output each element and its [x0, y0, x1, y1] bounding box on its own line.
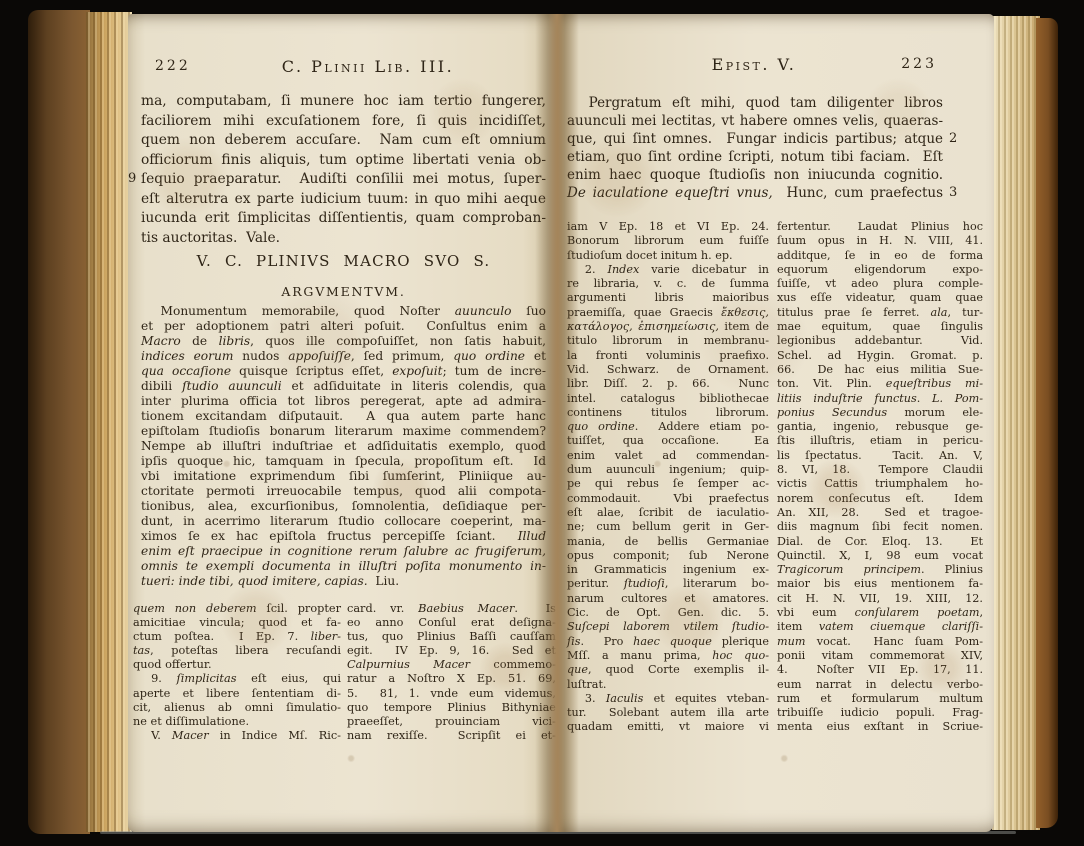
text-line: indices eorum nudos appoſuiſſe, ſed prim… [141, 349, 546, 364]
text-line: Quinctil. X, I, 98 eum vocat [777, 549, 983, 563]
text-line: 2. Index varie dicebatur in [567, 263, 769, 277]
text-line: nam rexiſſe. Scripſit ei et- [347, 729, 556, 743]
right-page: Epist. V. 223 2 3 Pergratum eſt mihi, qu… [557, 14, 994, 832]
text-line: card. vr. Baebius Macer. Is [347, 602, 556, 616]
text-line: tus, quo Plinius Baſſi cauſſam [347, 630, 556, 644]
text-line: mania, de bellis Germaniae [567, 535, 769, 549]
text-line: ratur a Noſtro X Ep. 51. 69, [347, 672, 556, 686]
text-line: Cic. de Opt. Gen. dic. 5. [567, 606, 769, 620]
text-line: cit, alienus ab omni ſimulatio- [133, 701, 341, 715]
text-line: peritur. ſtudioſi, literarum bo- [567, 577, 769, 591]
text-line: tis auctoritas. Vale. [141, 229, 546, 249]
text-line: 8. VI, 18. Tempore Claudii [777, 463, 983, 477]
text-line: egit. IV Ep. 9, 16. Sed et [347, 644, 556, 658]
text-line: lis ſpectatus. Tacit. An. V, [777, 449, 983, 463]
text-line: narum cultores et amatores. [567, 592, 769, 606]
text-line: epiſtolam ſtudioſis bonarum literarum ma… [141, 424, 546, 439]
text-line: quadam emitti, vt maiore vi [567, 720, 769, 734]
text-line: fertentur. Laudat Plinius hoc [777, 220, 983, 234]
text-line: rum et formularum multum [777, 692, 983, 706]
text-line: Monumentum memorabile, quod Noſter auunc… [141, 304, 546, 319]
text-line: norem conſecutus eſt. Idem [777, 492, 983, 506]
text-line: xus eſſe videatur, quam quae [777, 291, 983, 305]
argument-heading: ARGVMENTVM. [141, 284, 546, 299]
text-line: Bonorum librorum eum fuiſſe [567, 234, 769, 248]
right-margin-section-number-2: 2 [949, 131, 957, 146]
text-line: ſequio praeparatur. Audiſti conſilii mei… [141, 170, 546, 190]
text-line: An. XII, 28. Sed et tragoe- [777, 506, 983, 520]
text-line: praeeſſet, prouinciam vici- [347, 715, 556, 729]
text-line: dum auunculi ingenium; quip- [567, 463, 769, 477]
book-cover-left [28, 10, 90, 834]
text-line: Vid. Schwarz. de Ornament. [567, 363, 769, 377]
text-line: victis Cattis triumphalem ho- [777, 477, 983, 491]
text-line: Mſſ. a manu prima, hoc quo- [567, 649, 769, 663]
text-line: 66. De hac eius militia Sue- [777, 363, 983, 377]
text-line: eſt alterutra ex parte iudicium tuum: in… [141, 190, 546, 210]
text-line: faciliorem mihi excuſationem fore, ſi qu… [141, 112, 546, 132]
text-line: ponius Secundus morum ele- [777, 406, 983, 420]
text-line: ximos ſe ex hac epiſtola fructus percepi… [141, 529, 546, 544]
left-body-paragraph: ma, computabam, ſi munere hoc iam tertio… [141, 92, 546, 248]
text-line: que, qui ſint omnes. Fungar indicis part… [567, 130, 943, 148]
text-line: Macro de libris, quos ille compoſuiſſet,… [141, 334, 546, 349]
text-line: 5. 81, 1. vnde eum videmus, [347, 687, 556, 701]
text-line: Pergratum eſt mihi, quod tam diligenter … [567, 94, 943, 112]
text-line: enim valet ad commendan- [567, 449, 769, 463]
text-line: ton. Vit. Plin. equeſtribus mi- [777, 377, 983, 391]
text-line: quo tempore Plinius Bithyniae [347, 701, 556, 715]
text-line: in Grammaticis ingenium ex- [567, 563, 769, 577]
text-line: eſt alae, ſcribit de iaculatio- [567, 506, 769, 520]
text-line: enim eſt praecipue in cognitione rerum ſ… [141, 544, 546, 559]
text-line: ſtudioſum docet initum h. ep. [567, 249, 769, 263]
text-line: eo anno Conſul erat deſigna- [347, 616, 556, 630]
text-line: quo ordine. Addere etiam po- [567, 420, 769, 434]
text-line: ſuiſſe, vt adeo plura comple- [777, 277, 983, 291]
text-line: 3. Iaculis et equites vteban- [567, 692, 769, 706]
left-page: 222 C. Plinii Lib. III. 9 ma, computabam… [128, 14, 557, 832]
text-line: etiam, quo ſint ordine ſcripti, notum ti… [567, 148, 943, 166]
page-edges-left [86, 12, 132, 832]
text-line: qua occaſione quisque ſcriptus eſſet, ex… [141, 364, 546, 379]
text-line: iucunda erit ſimplicitas diſſentientis, … [141, 209, 546, 229]
left-running-title: C. Plinii Lib. III. [168, 57, 568, 76]
text-line: κατάλογος, ἐπισημείωσις, item de [567, 320, 769, 334]
text-line: libr. Diſſ. 2. p. 66. Nunc [567, 377, 769, 391]
text-line: ctum poſtea. I Ep. 7. liber- [133, 630, 341, 644]
text-line: 4. Noſter VII Ep. 17, 11. [777, 663, 983, 677]
text-line: iam V Ep. 18 et VI Ep. 24. [567, 220, 769, 234]
text-line: mae equitum, quae ſingulis [777, 320, 983, 334]
text-line: eum narrat in delectu verbo- [777, 678, 983, 692]
text-line: 9. ſimplicitas eſt eius, qui [133, 672, 341, 686]
text-line: tionem excitandam diſputauit. A qua aute… [141, 409, 546, 424]
text-line: Schel. ad Hygin. Gromat. p. [777, 349, 983, 363]
text-line: tas, poteſtas libera recuſandi [133, 644, 341, 658]
text-line: vbi eum conſularem poetam, [777, 606, 983, 620]
text-line: litiis induſtrie functus. L. Pom- [777, 392, 983, 406]
text-line: intel. catalogus bibliothecae [567, 392, 769, 406]
text-line: Suſcepi laborem vtilem ſtudio- [567, 620, 769, 634]
open-book-photo: 222 C. Plinii Lib. III. 9 ma, computabam… [0, 0, 1084, 846]
text-line: ne; cum bellum gerit in Ger- [567, 520, 769, 534]
text-line: ctoritate permoti irreuocabile tempus, q… [141, 484, 546, 499]
text-line: praemiſſa, quae Graecis ἔκθεσις, [567, 306, 769, 320]
text-line: quem non deberem accuſare. Nam cum eſt o… [141, 131, 546, 151]
text-line: pe qui rebus ſe ſemper ac- [567, 477, 769, 491]
text-line: la fronti voluminis praefixo. [567, 349, 769, 363]
text-line: cit H. N. VII, 19. XIII, 12. [777, 592, 983, 606]
text-line: tuiſſet, qua occaſione. Ea [567, 434, 769, 448]
text-line: ſis. Pro haec quoque plerique [567, 635, 769, 649]
text-line: Calpurnius Macer commemo- [347, 658, 556, 672]
text-line: inter plurima officia tot libros pereger… [141, 394, 546, 409]
text-line: ſuum opus in H. N. VIII, 41. [777, 234, 983, 248]
text-line: De iaculatione equeſtri vnus, Hunc, cum … [567, 184, 943, 202]
text-line: re libraria, v. c. de ſumma [567, 277, 769, 291]
text-line: titulo librorum in membranu- [567, 334, 769, 348]
text-line: gantia, ingenio, rebusque ge- [777, 420, 983, 434]
text-line: enim haec quoque ſtudioſis non iniucunda… [567, 166, 943, 184]
text-line: ipſis quoque hic, tamquam in ſpecula, pr… [141, 454, 546, 469]
right-commentary-column-2: fertentur. Laudat Plinius hocſuum opus i… [777, 220, 983, 735]
text-line: Dial. de Cor. Eloq. 13. Et [777, 535, 983, 549]
text-line: auunculi mei lectitas, vt habere omnes v… [567, 112, 943, 130]
text-line: quod offertur. [133, 658, 341, 672]
right-page-number: 223 [877, 56, 937, 72]
argument-paragraph: Monumentum memorabile, quod Noſter auunc… [141, 304, 546, 589]
book-cover-right [1036, 18, 1058, 828]
text-line: opus componit; ſub Nerone [567, 549, 769, 563]
left-margin-section-number: 9 [128, 171, 136, 186]
text-line: ſtis illuſtris, etiam in pericu- [777, 434, 983, 448]
left-footnotes-column-1: quem non deberem ſcil. propteramicitiae … [133, 602, 341, 743]
text-line: Tragicorum principem. Plinius [777, 563, 983, 577]
epistle-heading: V. C. PLINIVS MACRO SVO S. [141, 252, 546, 270]
text-line: tueri: inde tibi, quod imitere, capias. … [141, 574, 546, 589]
text-line: equorum eligendorum expo- [777, 263, 983, 277]
text-line: quem non deberem ſcil. propter [133, 602, 341, 616]
text-line: menta eius exſtant in Scriue- [777, 720, 983, 734]
text-line: tionibus, alea, excurſionibus, ſomnolent… [141, 499, 546, 514]
page-edges-right [992, 16, 1040, 830]
text-line: continens titulos librorum. [567, 406, 769, 420]
text-line: amicitiae vincula; quod et fa- [133, 616, 341, 630]
text-line: officiorum finis aliquis, tum optime lib… [141, 151, 546, 171]
text-line: dunt, in acerrimo literarum ſtudio collo… [141, 514, 546, 529]
text-line: additque, ſe in eo de forma [777, 249, 983, 263]
text-line: aperte et libere ſententiam di- [133, 687, 341, 701]
text-line: dibili ſtudio auunculi et adſiduitate in… [141, 379, 546, 394]
left-footnotes-column-2: card. vr. Baebius Macer. Iseo anno Conſu… [347, 602, 556, 743]
text-line: argumenti libris maioribus [567, 291, 769, 305]
text-line: Nempe ab illuſtri induſtriae et adſiduit… [141, 439, 546, 454]
text-line: que, quod Corte exemplis il- [567, 663, 769, 677]
text-line: tur. Solebant autem illa arte [567, 706, 769, 720]
text-line: et per adoptionem patri alteri poſuit. C… [141, 319, 546, 334]
text-line: diis magnum ſibi fecit nomen. [777, 520, 983, 534]
text-line: tribuiſſe iudicio populi. Frag- [777, 706, 983, 720]
text-line: V. Macer in Indice Mſ. Ric- [133, 729, 341, 743]
right-margin-section-number-3: 3 [949, 185, 957, 200]
right-body-paragraph: Pergratum eſt mihi, quod tam diligenter … [567, 94, 943, 202]
text-line: ponii vitam commemorat XIV, [777, 649, 983, 663]
text-line: legionibus addebantur. Vid. [777, 334, 983, 348]
right-commentary-column-1: iam V Ep. 18 et VI Ep. 24.Bonorum libror… [567, 220, 769, 735]
text-line: vbi imitatione exprimendum ſibi ſumſerin… [141, 469, 546, 484]
text-line: item vatem ciuemque clariſſi- [777, 620, 983, 634]
text-line: omnis te exempli documenta in illuſtri p… [141, 559, 546, 574]
text-line: mum vocat. Hanc ſuam Pom- [777, 635, 983, 649]
text-line: titulus prae ſe ferret. ala, tur- [777, 306, 983, 320]
text-line: maior bis eius mentionem fa- [777, 577, 983, 591]
text-line: luſtrat. [567, 678, 769, 692]
text-line: ma, computabam, ſi munere hoc iam tertio… [141, 92, 546, 112]
text-line: ne et diſſimulatione. [133, 715, 341, 729]
text-line: commodauit. Vbi praefectus [567, 492, 769, 506]
